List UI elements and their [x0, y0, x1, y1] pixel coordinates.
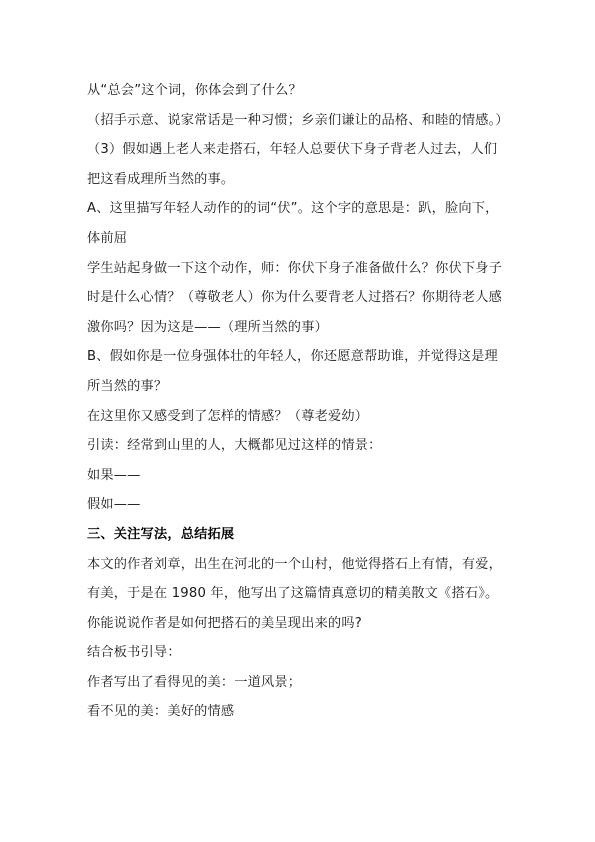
point-b-line-1: B、假如你是一位身强体壮的年轻人，你还愿意帮助谁，并觉得这是理: [87, 342, 512, 372]
activity-line-1: 学生站起身做一下这个动作，师：你伏下身子准备做什么？你伏下身子: [87, 254, 512, 284]
paragraph-3-line-2: 把这看成理所当然的事。: [87, 165, 512, 195]
visible-beauty: 作者写出了看得见的美：一道风景；: [87, 668, 512, 698]
board-guide: 结合板书引导：: [87, 638, 512, 668]
activity-line-3: 激你吗？因为这是——（理所当然的事）: [87, 313, 512, 343]
document-body: 从“总会”这个词，你体会到了什么？ （招手示意、说家常话是一种习惯；乡亲们谦让的…: [87, 76, 512, 727]
point-a-line-2: 体前屈: [87, 224, 512, 254]
section-heading: 三、关注写法，总结拓展: [87, 520, 512, 550]
question-line: 从“总会”这个词，你体会到了什么？: [87, 76, 512, 106]
answer-note: （招手示意、说家常话是一种习惯；乡亲们谦让的品格、和睦的情感。）: [87, 106, 512, 136]
paragraph-3-line-1: （3）假如遇上老人来走搭石，年轻人总要伏下身子背老人过去，人们: [87, 135, 512, 165]
emotion-question: 在这里你又感受到了怎样的情感？（尊老爱幼）: [87, 402, 512, 432]
if-prompt: 如果——: [87, 461, 512, 491]
suppose-prompt: 假如——: [87, 490, 512, 520]
invisible-beauty: 看不见的美：美好的情感: [87, 697, 512, 727]
author-intro-line-1: 本文的作者刘章，出生在河北的一个山村，他觉得搭石上有情，有爱，: [87, 550, 512, 580]
discussion-question: 你能说说作者是如何把搭石的美呈现出来的吗?: [87, 609, 512, 639]
author-intro-line-2: 有美，于是在 1980 年，他写出了这篇情真意切的精美散文《搭石》。: [87, 579, 512, 609]
document-page: 从“总会”这个词，你体会到了什么？ （招手示意、说家常话是一种习惯；乡亲们谦让的…: [0, 0, 595, 842]
guided-reading: 引读：经常到山里的人，大概都见过这样的情景：: [87, 431, 512, 461]
point-b-line-2: 所当然的事？: [87, 372, 512, 402]
activity-line-2: 时是什么心情？（尊敬老人）你为什么要背老人过搭石？你期待老人感: [87, 283, 512, 313]
point-a-line-1: A、这里描写年轻人动作的的词“伏”。这个字的意思是：趴，脸向下，: [87, 194, 512, 224]
